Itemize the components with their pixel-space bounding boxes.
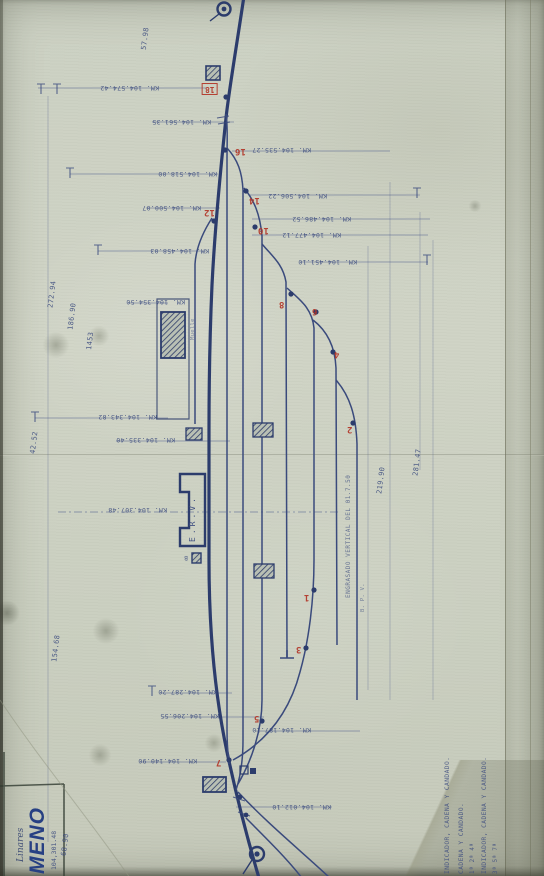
km-label: KM. 104.012.10 <box>272 803 331 811</box>
km-label: KM. 104.307.48 <box>108 506 167 514</box>
switch-number: 18 <box>202 83 218 95</box>
km-label: KM. 104.574.42 <box>100 84 159 92</box>
switch-number: 3 <box>296 644 301 654</box>
buffer-stop-icon <box>280 650 294 658</box>
km-label: KM. 104.477.12 <box>282 231 341 239</box>
switch-number: 14 <box>249 195 260 205</box>
km-label: KM. 104.535.27 <box>252 146 311 154</box>
km-label: KM. 104.500.07 <box>142 204 201 212</box>
legend-entry-items: 3ª 5ª 7ª <box>493 770 499 874</box>
small-structure <box>250 768 256 774</box>
legend-entry-text: INDICADOR, CADENA Y CANDADO. <box>444 706 451 874</box>
switch-point-dots <box>211 94 355 817</box>
km-label: KM. 104.335.40 <box>116 436 175 444</box>
km-label: KM. 104.451.10 <box>298 258 357 266</box>
siding-note: B. P. V. <box>360 566 366 612</box>
km-label: KM. 104.518.00 <box>158 170 217 178</box>
km-label: KM. 104.354.50 <box>126 298 185 306</box>
switch-number: 4 <box>334 349 339 359</box>
km-label: KM. 104.206.55 <box>160 712 219 720</box>
switch-number: 12 <box>204 207 215 217</box>
legend-entry-text: CADENA Y CANDADO. <box>458 742 465 874</box>
switch-number: 6 <box>312 306 317 316</box>
signal-icon <box>210 3 231 22</box>
stub-platform <box>253 423 273 437</box>
switch-number: 16 <box>235 146 246 156</box>
title-line-name: Linares <box>16 792 26 862</box>
scanned-track-plan: KM. 104.574.42 KM. 104.561.35 KM. 104.53… <box>0 0 544 876</box>
km-label: KM. 104.140.90 <box>138 757 197 765</box>
switch-number: 10 <box>258 225 269 235</box>
main-track-line <box>209 0 259 876</box>
km-label: KM. 104.506.22 <box>268 192 327 200</box>
vertical-note: ENGRASADO VERTICAL DEL 01.7.50 <box>345 430 352 598</box>
warehouse-building <box>161 312 185 358</box>
legend-entry-items: 1ª 2ª 4ª <box>470 770 476 874</box>
hut-building-bottom <box>203 777 226 792</box>
dimension-lines <box>35 88 430 807</box>
stub-platform <box>186 428 202 440</box>
well-label: B <box>184 554 188 561</box>
signal-icon <box>243 847 264 874</box>
stub-platform <box>254 564 274 578</box>
well-building <box>192 553 201 563</box>
km-post-ticks <box>217 116 250 816</box>
dimension-posts <box>31 84 431 696</box>
switch-number: 8 <box>279 299 284 309</box>
km-label: KM. 104.343.82 <box>98 413 157 421</box>
switch-number: 7 <box>216 757 221 767</box>
dock-note: Muelle <box>190 304 196 340</box>
title-station-name: MENO <box>26 790 50 874</box>
switch-number: 1 <box>304 592 309 602</box>
station-building-label: E.R.V. <box>188 496 197 542</box>
hut-building-top <box>206 66 220 80</box>
dimension-chain-lines <box>48 96 433 842</box>
km-label: KM. 104.486.52 <box>292 215 351 223</box>
km-label: KM. 104.561.35 <box>152 118 211 126</box>
km-label: KM. 104.458.03 <box>150 247 209 255</box>
km-label: KM. 104.287.20 <box>158 688 217 696</box>
km-label: KM. 104.187.10 <box>252 726 311 734</box>
legend-entry-text: INDICADOR, CADENA Y CANDADO. <box>481 706 488 874</box>
switch-number: 5 <box>254 713 259 723</box>
title-km-value: 104,301.48 <box>50 798 58 870</box>
